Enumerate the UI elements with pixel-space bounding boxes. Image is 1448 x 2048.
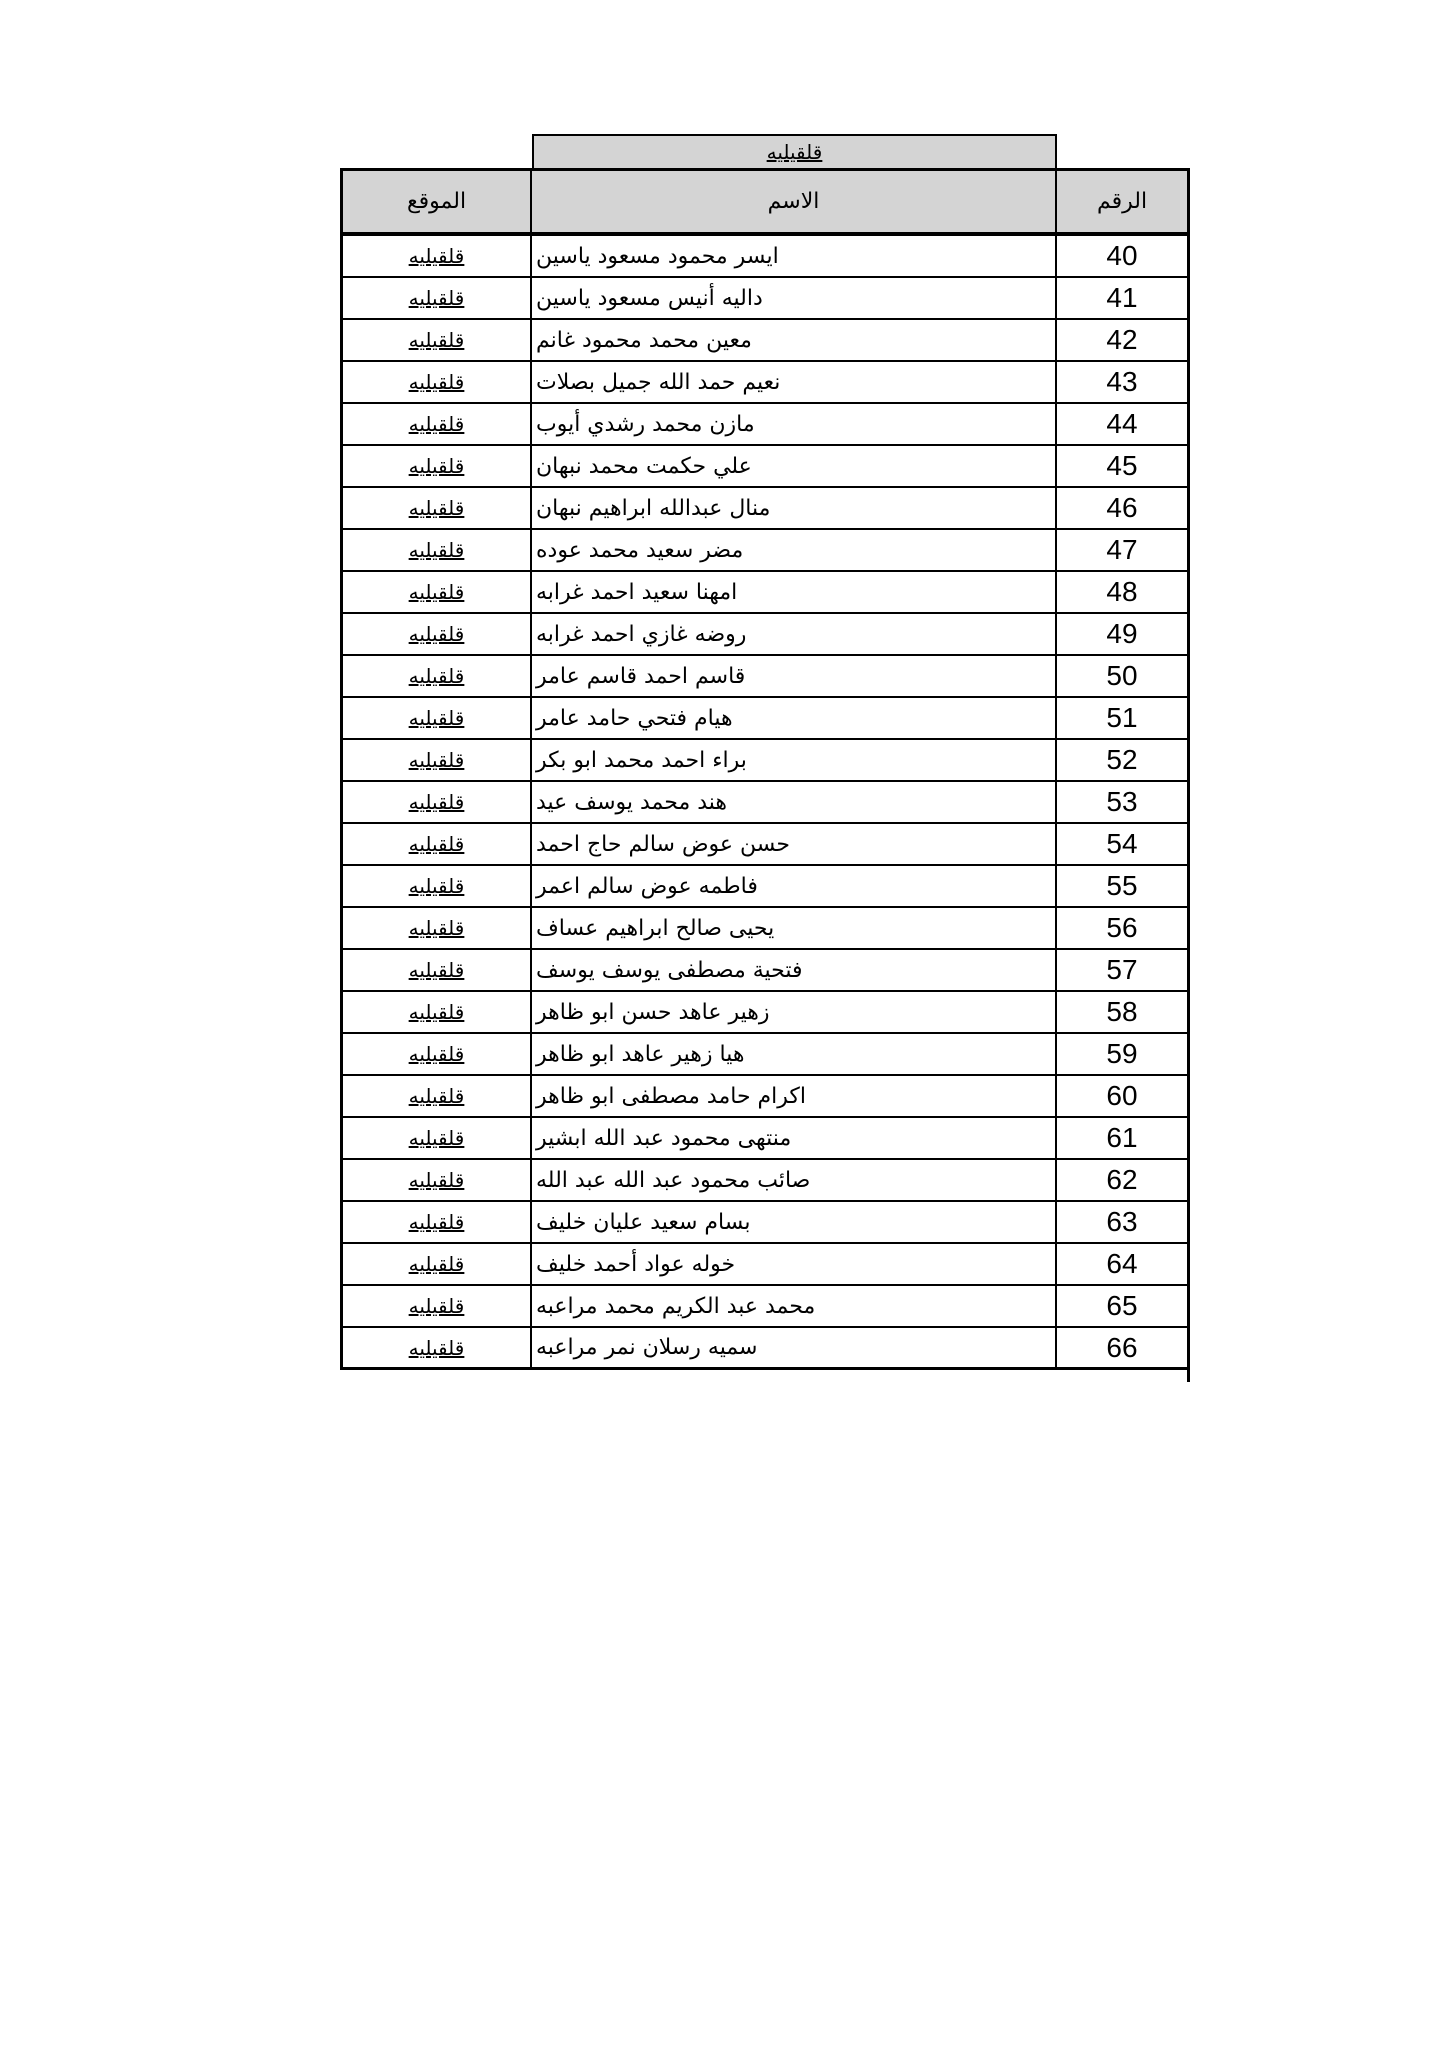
number-cell: 63 [1057,1202,1190,1244]
name-cell: هيام فتحي حامد عامر [532,698,1057,740]
number-cell: 65 [1057,1286,1190,1328]
location-cell: قلقيليه [340,446,532,488]
name-cell: قاسم احمد قاسم عامر [532,656,1057,698]
name-cell: يحيى صالح ابراهيم عساف [532,908,1057,950]
location-cell: قلقيليه [340,1328,532,1370]
name-cell: حسن عوض سالم حاج احمد [532,824,1057,866]
name-cell: بسام سعيد عليان خليف [532,1202,1057,1244]
name-cell: خوله عواد أحمد خليف [532,1244,1057,1286]
number-cell: 40 [1057,236,1190,278]
number-cell: 64 [1057,1244,1190,1286]
region-header-cell: قلقيليه [532,134,1057,168]
location-cell: قلقيليه [340,782,532,824]
name-cell: محمد عبد الكريم محمد مراعبه [532,1286,1057,1328]
name-cell: سميه رسلان نمر مراعبه [532,1328,1057,1370]
roster-table: قلقيليه الموقع الاسم الرقم قلقيليهايسر م… [340,134,1190,1370]
document-page: قلقيليه الموقع الاسم الرقم قلقيليهايسر م… [0,0,1448,2048]
number-cell: 51 [1057,698,1190,740]
number-cell: 57 [1057,950,1190,992]
column-header-name: الاسم [532,168,1057,236]
location-cell: قلقيليه [340,614,532,656]
number-cell: 44 [1057,404,1190,446]
number-cell: 55 [1057,866,1190,908]
top-left-spacer [340,134,532,168]
name-cell: مضر سعيد محمد عوده [532,530,1057,572]
table-right-border-artifact [1187,1368,1190,1382]
location-cell: قلقيليه [340,950,532,992]
location-cell: قلقيليه [340,1244,532,1286]
location-cell: قلقيليه [340,278,532,320]
number-cell: 49 [1057,614,1190,656]
name-cell: نعيم حمد الله جميل بصلات [532,362,1057,404]
name-cell: امهنا سعيد احمد غرابه [532,572,1057,614]
location-cell: قلقيليه [340,1076,532,1118]
column-header-number: الرقم [1057,168,1190,236]
number-cell: 52 [1057,740,1190,782]
number-cell: 54 [1057,824,1190,866]
number-cell: 66 [1057,1328,1190,1370]
location-cell: قلقيليه [340,530,532,572]
location-cell: قلقيليه [340,866,532,908]
name-cell: زهير عاهد حسن ابو ظاهر [532,992,1057,1034]
name-cell: صائب محمود عبد الله عبد الله [532,1160,1057,1202]
name-cell: ايسر محمود مسعود ياسين [532,236,1057,278]
number-cell: 41 [1057,278,1190,320]
name-cell: روضه غازي احمد غرابه [532,614,1057,656]
location-cell: قلقيليه [340,908,532,950]
name-cell: اكرام حامد مصطفى ابو ظاهر [532,1076,1057,1118]
name-cell: داليه أنيس مسعود ياسين [532,278,1057,320]
number-cell: 47 [1057,530,1190,572]
number-cell: 42 [1057,320,1190,362]
number-cell: 60 [1057,1076,1190,1118]
number-cell: 56 [1057,908,1190,950]
name-cell: هيا زهير عاهد ابو ظاهر [532,1034,1057,1076]
location-cell: قلقيليه [340,1160,532,1202]
number-cell: 45 [1057,446,1190,488]
number-cell: 59 [1057,1034,1190,1076]
number-cell: 50 [1057,656,1190,698]
location-cell: قلقيليه [340,698,532,740]
location-cell: قلقيليه [340,572,532,614]
name-cell: براء احمد محمد ابو بكر [532,740,1057,782]
location-cell: قلقيليه [340,656,532,698]
location-cell: قلقيليه [340,740,532,782]
location-cell: قلقيليه [340,362,532,404]
location-cell: قلقيليه [340,404,532,446]
location-cell: قلقيليه [340,1118,532,1160]
location-cell: قلقيليه [340,824,532,866]
number-cell: 62 [1057,1160,1190,1202]
top-right-spacer [1057,134,1190,168]
location-cell: قلقيليه [340,1034,532,1076]
location-cell: قلقيليه [340,488,532,530]
name-cell: مازن محمد رشدي أيوب [532,404,1057,446]
number-cell: 61 [1057,1118,1190,1160]
name-cell: فاطمه عوض سالم اعمر [532,866,1057,908]
name-cell: فتحية مصطفى يوسف يوسف [532,950,1057,992]
number-cell: 48 [1057,572,1190,614]
location-cell: قلقيليه [340,992,532,1034]
name-cell: معين محمد محمود غانم [532,320,1057,362]
name-cell: علي حكمت محمد نبهان [532,446,1057,488]
location-cell: قلقيليه [340,320,532,362]
location-cell: قلقيليه [340,1202,532,1244]
location-cell: قلقيليه [340,236,532,278]
location-cell: قلقيليه [340,1286,532,1328]
name-cell: هند محمد يوسف عيد [532,782,1057,824]
number-cell: 43 [1057,362,1190,404]
name-cell: منتهى محمود عبد الله ابشير [532,1118,1057,1160]
number-cell: 46 [1057,488,1190,530]
name-cell: منال عبدالله ابراهيم نبهان [532,488,1057,530]
column-header-location: الموقع [340,168,532,236]
number-cell: 53 [1057,782,1190,824]
number-cell: 58 [1057,992,1190,1034]
